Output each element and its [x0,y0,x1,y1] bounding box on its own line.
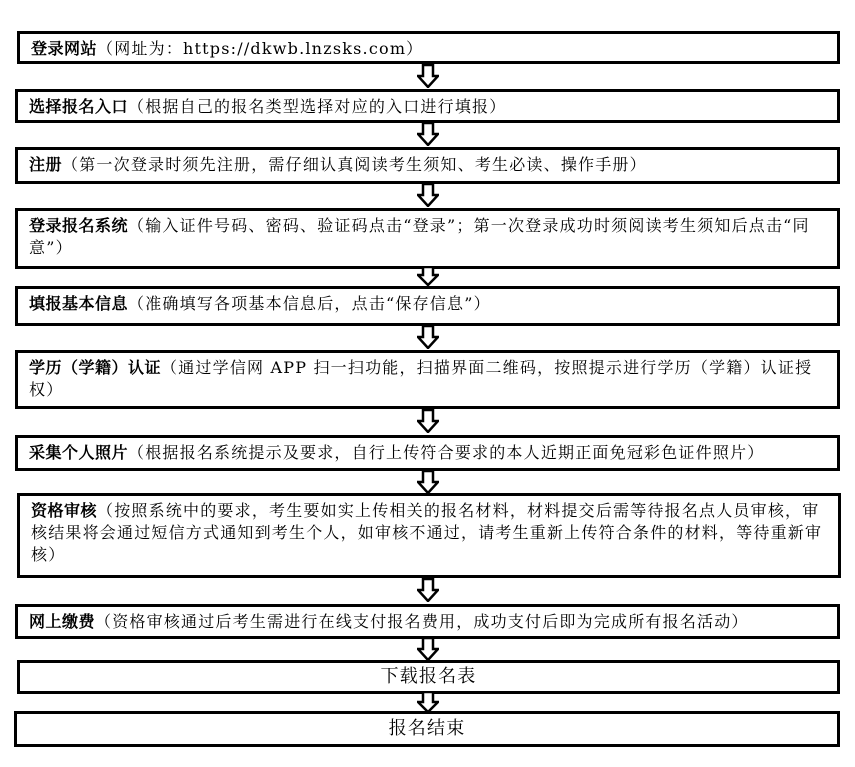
step-title: 登录网站 [31,39,97,58]
step-title: 采集个人照片 [29,443,128,462]
step-title: 报名结束 [389,718,466,740]
step-desc: （网址为：https://dkwb.lnzsks.com） [97,39,423,58]
step-title: 登录报名系统 [29,216,128,235]
down-arrow-icon [417,122,439,146]
step-download-form: 下载报名表 [17,660,840,694]
step-title: 下载报名表 [381,666,477,688]
step-desc: （资格审核通过后考生需进行在线支付报名费用，成功支付后即为完成所有报名活动） [95,612,749,631]
step-desc: （准确填写各项基本信息后，点击“保存信息”） [128,294,491,313]
step-desc: （根据报名系统提示及要求，自行上传符合要求的本人近期正面免冠彩色证件照片） [128,443,764,462]
step-title: 注册 [29,155,62,174]
step-title: 选择报名入口 [29,97,128,116]
step-login-website: 登录网站（网址为：https://dkwb.lnzsks.com） [17,31,840,64]
step-desc: （根据自己的报名类型选择对应的入口进行填报） [128,97,506,116]
step-title: 填报基本信息 [29,294,128,313]
step-education-verification: 学历（学籍）认证（通过学信网 APP 扫一扫功能，扫描界面二维码，按照提示进行学… [15,350,840,409]
step-register: 注册（第一次登录时须先注册，需仔细认真阅读考生须知、考生必读、操作手册） [15,147,840,184]
step-desc: （按照系统中的要求，考生要如实上传相关的报名材料，材料提交后需等待报名点人员审核… [31,501,822,564]
step-select-entry: 选择报名入口（根据自己的报名类型选择对应的入口进行填报） [15,89,840,123]
down-arrow-icon [417,266,439,286]
step-registration-end: 报名结束 [14,711,840,747]
down-arrow-icon [417,637,439,661]
down-arrow-icon [417,325,439,349]
down-arrow-icon [417,409,439,433]
step-title: 网上缴费 [29,612,95,631]
down-arrow-icon [417,183,439,207]
step-collect-photo: 采集个人照片（根据报名系统提示及要求，自行上传符合要求的本人近期正面免冠彩色证件… [15,435,840,471]
down-arrow-icon [417,578,439,602]
step-desc: （第一次登录时须先注册，需仔细认真阅读考生须知、考生必读、操作手册） [62,155,647,174]
step-online-payment: 网上缴费（资格审核通过后考生需进行在线支付报名费用，成功支付后即为完成所有报名活… [15,604,840,639]
step-login-system: 登录报名系统（输入证件号码、密码、验证码点击“登录”；第一次登录成功时须阅读考生… [15,208,840,269]
down-arrow-icon [417,64,439,88]
step-fill-basic-info: 填报基本信息（准确填写各项基本信息后，点击“保存信息”） [15,286,840,326]
step-qualification-review: 资格审核（按照系统中的要求，考生要如实上传相关的报名材料，材料提交后需等待报名点… [17,493,841,578]
step-desc: （输入证件号码、密码、验证码点击“登录”；第一次登录成功时须阅读考生须知后点击“… [29,216,810,257]
down-arrow-icon [417,470,439,494]
down-arrow-icon [417,691,439,713]
step-title: 学历（学籍）认证 [29,358,161,377]
step-title: 资格审核 [31,501,97,520]
